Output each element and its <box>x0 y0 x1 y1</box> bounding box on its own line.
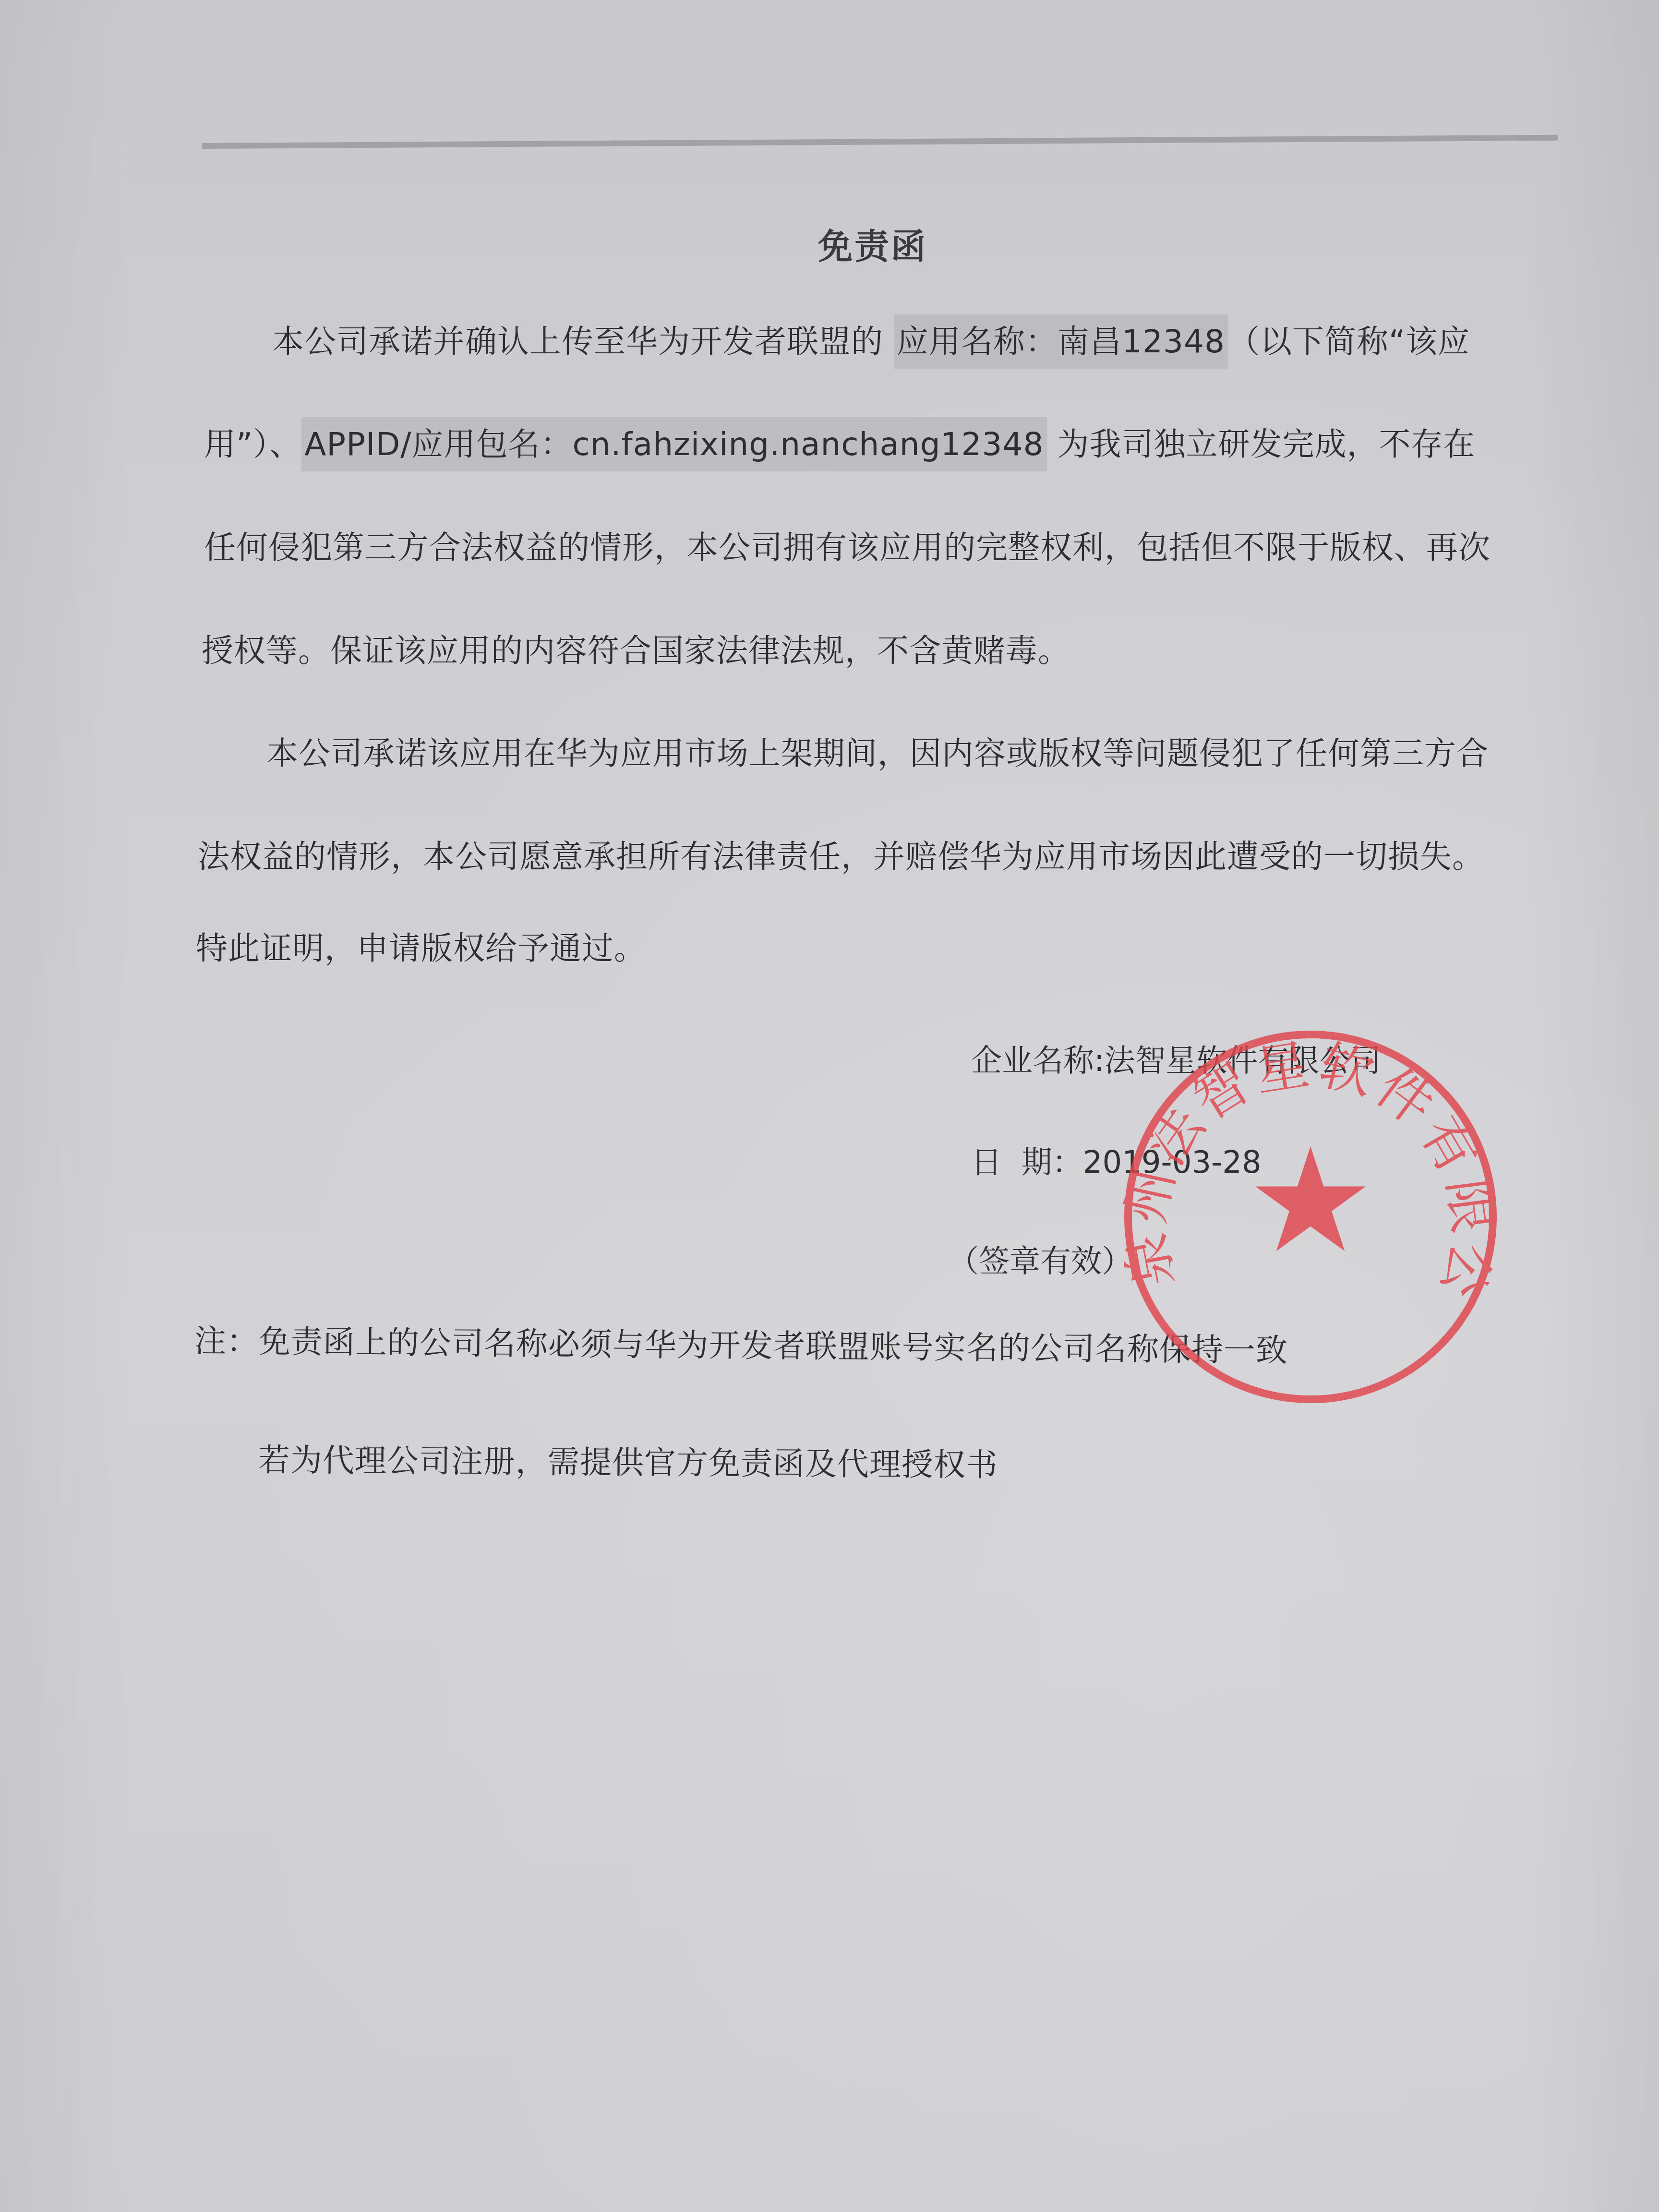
company-name: 法智星软件有限公司 <box>1105 1043 1381 1079</box>
date-value: 2019-03-28 <box>1083 1145 1262 1180</box>
seal-star-icon: ★ <box>1246 1117 1375 1285</box>
paragraph-1-line-4: 授权等。保证该应用的内容符合国家法律法规，不含黄赌毒。 <box>202 625 1070 671</box>
paragraph-1-line-1-suffix: （以下简称“该应 <box>1228 323 1470 360</box>
note-agent-registration: 若为代理公司注册，需提供官方免责函及代理授权书 <box>258 1434 998 1485</box>
header-rule <box>202 135 1558 149</box>
paragraph-2-line-2: 法权益的情形，本公司愿意承担所有法律责任，并赔偿华为应用市场因此遭受的一切损失。 <box>198 831 1484 877</box>
paragraph-2-line-3: 特此证明，申请版权给予通过。 <box>196 923 646 968</box>
date-line: 日 期：2019-03-28 <box>971 1138 1262 1182</box>
seal-valid-note: （签章有效） <box>948 1237 1132 1281</box>
paragraph-1-line-1: 本公司承诺并确认上传至华为开发者联盟的 应用名称：南昌12348（以下简称“该应 <box>272 316 1470 361</box>
app-package-field: APPID/应用包名：cn.fahzixing.nanchang12348 <box>301 417 1046 471</box>
paragraph-1-line-2-prefix: 用”）、 <box>204 426 301 463</box>
note-company-name-match: 注：免责函上的公司名称必须与华为开发者联盟账号实名的公司名称保持一致 <box>194 1315 1288 1370</box>
paragraph-2-line-1: 本公司承诺该应用在华为应用市场上架期间，因内容或版权等问题侵犯了任何第三方合 <box>266 728 1489 773</box>
paragraph-1-line-2-suffix: 为我司独立研发完成，不存在 <box>1047 426 1476 463</box>
paragraph-1-line-2: 用”）、APPID/应用包名：cn.fahzixing.nanchang1234… <box>204 419 1476 464</box>
date-label: 日 期： <box>971 1145 1083 1180</box>
company-name-line: 企业名称:法智星软件有限公司 <box>971 1036 1381 1080</box>
paragraph-1-line-1-prefix: 本公司承诺并确认上传至华为开发者联盟的 <box>272 323 894 360</box>
app-name-field: 应用名称：南昌12348 <box>894 314 1228 369</box>
document-title: 免责函 <box>0 218 1659 268</box>
paragraph-1-line-3: 任何侵犯第三方合法权益的情形，本公司拥有该应用的完整权利，包括但不限于版权、再次 <box>204 522 1491 567</box>
company-label: 企业名称: <box>971 1043 1105 1079</box>
